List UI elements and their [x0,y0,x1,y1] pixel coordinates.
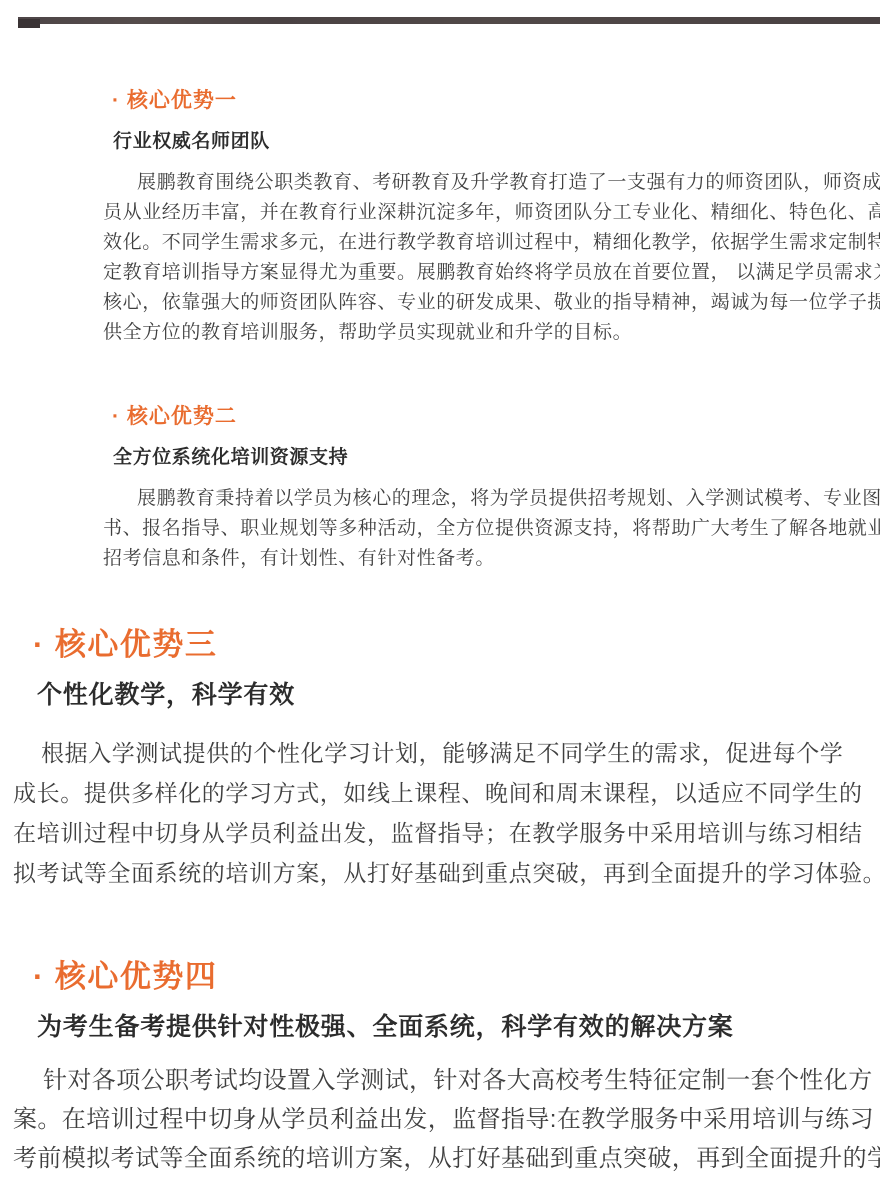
section-2-subtitle: 全方位系统化培训资源支持 [113,446,880,470]
section-3-subtitle: 个性化教学，科学有效 [37,680,880,711]
paragraph-line: 书、报名指导、职业规划等多种活动，全方位提供资源支持，将帮助广大考生了解各地就业 [103,514,880,544]
paragraph-line: 根据入学测试提供的个性化学习计划，能够满足不同学生的需求，促进每个学 [13,733,880,773]
section-4-paragraph: 针对各项公职考试均设置入学测试，针对各大高校考生特征定制一套个性化方 案。在培训… [13,1061,880,1178]
paragraph-line: 供全方位的教育培训服务，帮助学员实现就业和升学的目标。 [103,318,880,348]
section-core-advantage-2: · 核心优势二 全方位系统化培训资源支持 展鹏教育秉持着以学员为核心的理念，将为… [0,404,880,574]
paragraph-line: 员从业经历丰富，并在教育行业深耕沉淀多年，师资团队分工专业化、精细化、特色化、高 [103,198,880,228]
section-1-paragraph: 展鹏教育围绕公职类教育、考研教育及升学教育打造了一支强有力的师资团队，师资成 员… [103,168,880,348]
section-1-title: · 核心优势一 [112,88,880,114]
section-core-advantage-3: · 核心优势三 个性化教学，科学有效 根据入学测试提供的个性化学习计划，能够满足… [0,626,880,893]
section-2-title: · 核心优势二 [112,404,880,430]
section-2-paragraph: 展鹏教育秉持着以学员为核心的理念，将为学员提供招考规划、入学测试模考、专业图 书… [103,484,880,574]
paragraph-line: 效化。不同学生需求多元，在进行教学教育培训过程中，精细化教学，依据学生需求定制特 [103,228,880,258]
section-3-title: · 核心优势三 [33,626,880,664]
paragraph-line: 招考信息和条件，有计划性、有针对性备考。 [103,544,880,574]
top-divider-bar-left-cap [18,19,40,28]
paragraph-line: 案。在培训过程中切身从学员利益出发，监督指导:在教学服务中采用培训与练习 [13,1100,880,1139]
section-core-advantage-4: · 核心优势四 为考生备考提供针对性极强、全面系统，科学有效的解决方案 针对各项… [0,958,880,1178]
paragraph-line: 展鹏教育秉持着以学员为核心的理念，将为学员提供招考规划、入学测试模考、专业图 [103,484,880,514]
section-3-paragraph: 根据入学测试提供的个性化学习计划，能够满足不同学生的需求，促进每个学 成长。提供… [13,733,880,893]
paragraph-line: 针对各项公职考试均设置入学测试，针对各大高校考生特征定制一套个性化方 [13,1061,880,1100]
top-divider-bar [18,17,880,24]
paragraph-line: 成长。提供多样化的学习方式，如线上课程、晚间和周末课程，以适应不同学生的 [13,773,880,813]
paragraph-line: 拟考试等全面系统的培训方案，从打好基础到重点突破，再到全面提升的学习体验。 [13,853,880,893]
section-1-subtitle: 行业权威名师团队 [113,130,880,154]
paragraph-line: 定教育培训指导方案显得尤为重要。展鹏教育始终将学员放在首要位置， 以满足学员需求… [103,258,880,288]
section-4-subtitle: 为考生备考提供针对性极强、全面系统，科学有效的解决方案 [37,1012,880,1043]
paragraph-line: 核心，依靠强大的师资团队阵容、专业的研发成果、敬业的指导精神，竭诚为每一位学子提 [103,288,880,318]
paragraph-line: 展鹏教育围绕公职类教育、考研教育及升学教育打造了一支强有力的师资团队，师资成 [103,168,880,198]
paragraph-line: 考前模拟考试等全面系统的培训方案，从打好基础到重点突破，再到全面提升的学 [13,1139,880,1178]
section-core-advantage-1: · 核心优势一 行业权威名师团队 展鹏教育围绕公职类教育、考研教育及升学教育打造… [0,88,880,348]
paragraph-line: 在培训过程中切身从学员利益出发，监督指导；在教学服务中采用培训与练习相结 [13,813,880,853]
section-4-title: · 核心优势四 [33,958,880,996]
document-page: · 核心优势一 行业权威名师团队 展鹏教育围绕公职类教育、考研教育及升学教育打造… [0,0,880,1200]
